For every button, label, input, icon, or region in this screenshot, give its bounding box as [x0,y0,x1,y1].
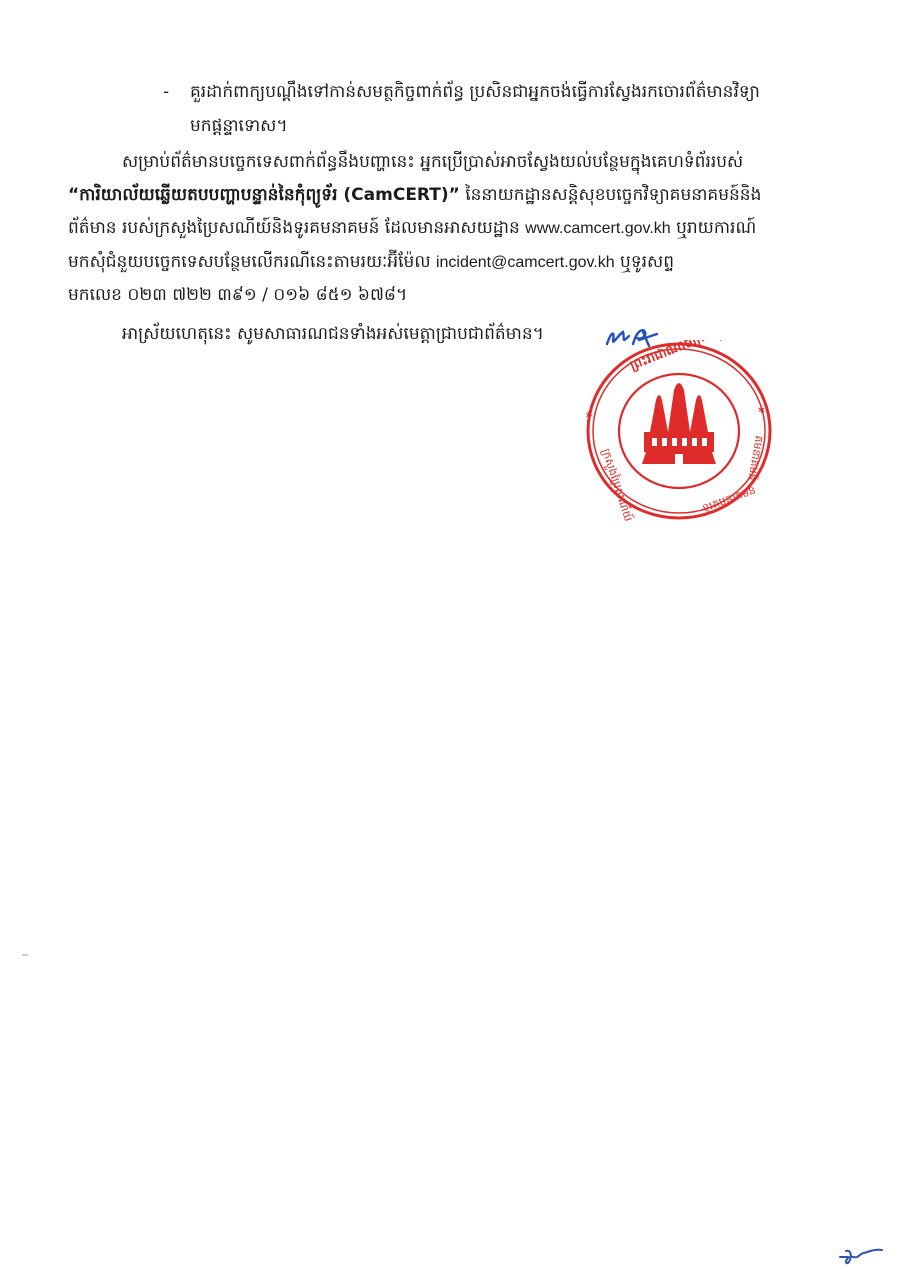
info-line-4: មកសុំជំនួយបច្ចេកទេសបន្ថែមលើករណីនេះតាមរយៈ… [68,250,674,275]
bullet-line-1: គួរដាក់ពាក្យបណ្ដឹងទៅកាន់សមត្ថកិច្ចពាក់ព័… [190,80,760,104]
svg-text:*: * [751,405,767,419]
document-page: - គួរដាក់ពាក្យបណ្ដឹងទៅកាន់សមត្ថកិច្ចពាក់… [0,0,905,1280]
info-line-3-prefix: ព័ត៌មាន របស់ក្រសួងប្រៃសណីយ៍និងទូរគមនាគមន… [68,218,525,238]
info-line-3-suffix: ឬរាយការណ៍ [671,218,757,238]
scan-artifact [22,954,28,956]
bullet-marker: - [163,80,169,104]
svg-text:គមនាគមន៍: គមនាគមន៍ [745,434,767,481]
closing-sentence: អាស្រ័យហេតុនេះ សូមសាធារណជនទាំងអស់មេត្តាជ… [122,322,544,346]
website-link[interactable]: www.camcert.gov.kh [525,220,671,237]
org-name: “ការិយាល័យឆ្លើយតបបញ្ហាបន្ទាន់នៃកុំព្យូទ័… [68,185,460,205]
svg-text:ទូរគមនាគមន៍: ទូរគមនាគមន៍ [700,483,758,516]
info-line-1: សម្រាប់ព័ត៌មានបច្ចេកទេសពាក់ព័ន្ធនឹងបញ្ហា… [122,150,743,174]
info-line-5-phone: មកលេខ ០២៣ ៧២២ ៣៩១ / ០១៦ ៨៥១ ៦៧៨។ [68,283,407,307]
info-line-2-rest: នៃនាយកដ្ឋានសន្តិសុខបច្ចេកវិទ្យាគមនាគមន៍ន… [460,185,762,205]
official-stamp-icon: ព្រះរាជាណាចក្រកម្ពុជា * * ក្រសួងប្រៃសណីយ… [584,340,774,522]
email-link[interactable]: incident@camcert.gov.kh [436,254,615,271]
info-line-4-suffix: ឬទូរសព្ទ [615,252,674,272]
info-line-2: “ការិយាល័យឆ្លើយតបបញ្ហាបន្ទាន់នៃកុំព្យូទ័… [68,183,761,207]
bullet-line-2: មកផ្ដន្ទាទោស។ [190,114,288,138]
svg-text:ក្រសួងប្រៃសណីយ៍: ក្រសួងប្រៃសណីយ៍ [598,447,636,522]
page-initial-icon [838,1245,886,1267]
info-line-4-prefix: មកសុំជំនួយបច្ចេកទេសបន្ថែមលើករណីនេះតាមរយៈ… [68,252,436,272]
svg-text:*: * [584,410,600,422]
info-line-3: ព័ត៌មាន របស់ក្រសួងប្រៃសណីយ៍និងទូរគមនាគមន… [68,216,756,241]
